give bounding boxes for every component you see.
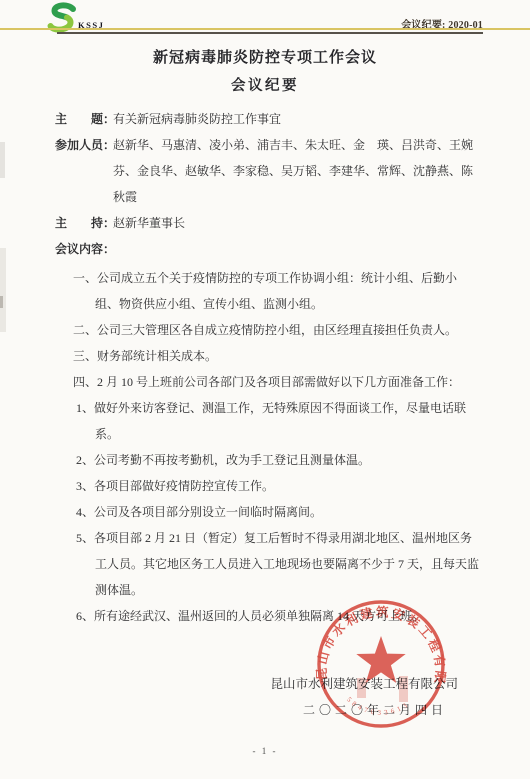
content-item: 三、财务部统计相关成本。: [55, 343, 480, 369]
page-number: - 1 -: [0, 746, 530, 756]
scanned-meeting-minutes-page: KSSJ 会议纪要: 2020-01 新冠病毒肺炎防控专项工作会议 会议纪要 主…: [0, 0, 530, 779]
meta-row-attendees: 参加人员： 赵新华、马惠清、凌小弟、浦吉丰、朱太旺、金 瑛、吕洪奇、王婉芬、金良…: [55, 132, 480, 210]
meta-value: 赵新华董事长: [113, 210, 480, 236]
document-subtitle: 会议纪要: [0, 76, 530, 96]
document-title: 新冠病毒肺炎防控专项工作会议: [0, 48, 530, 68]
seal-inner-mark: [357, 678, 366, 698]
content-item: 1、做好外来访客登记、测温工作，无特殊原因不得面谈工作，尽量电话联系。: [55, 395, 480, 447]
document-body: 新冠病毒肺炎防控专项工作会议 会议纪要 主 题： 有关新冠病毒肺炎防控工作事宜 …: [0, 44, 530, 629]
meta-label: 主 题：: [55, 106, 113, 132]
meta-label: 主 持：: [55, 210, 113, 236]
content-item: 一、公司成立五个关于疫情防控的专项工作协调小组：统计小组、后勤小组、物资供应小组…: [55, 265, 480, 317]
content-item: 二、公司三大管理区各自成立疫情防控小组，由区经理直接担任负责人。: [55, 317, 480, 343]
content-item: 3、各项目部做好疫情防控宣传工作。: [55, 473, 480, 499]
meta-value: 有关新冠病毒肺炎防控工作事宜: [113, 106, 480, 132]
meta-label: 参加人员：: [55, 132, 113, 210]
meta-row-topic: 主 题： 有关新冠病毒肺炎防控工作事宜: [55, 106, 480, 132]
meta-value: 赵新华、马惠清、凌小弟、浦吉丰、朱太旺、金 瑛、吕洪奇、王婉芬、金良华、赵敏华、…: [113, 132, 480, 210]
company-seal: 昆山市水利建筑安装工程有限公司 5847033613: [313, 596, 449, 734]
content-item: 2、公司考勤不再按考勤机，改为手工登记且测量体温。: [55, 447, 480, 473]
content-item: 四、2 月 10 号上班前公司各部门及各项目部需做好以下几方面准备工作：: [55, 369, 480, 395]
meeting-meta: 主 题： 有关新冠病毒肺炎防控工作事宜 参加人员： 赵新华、马惠清、凌小弟、浦吉…: [55, 106, 480, 236]
header-gold-rule: [0, 28, 530, 30]
content-item: 5、各项目部 2 月 21 日（暂定）复工后暂时不得录用湖北地区、温州地区务工人…: [55, 525, 480, 603]
content-item: 4、公司及各项目部分别设立一间临时隔离间。: [55, 499, 480, 525]
seal-star-icon: [356, 636, 405, 683]
content-section-label: 会议内容：: [55, 236, 530, 262]
seal-inner-mark: [399, 676, 408, 702]
content-items: 一、公司成立五个关于疫情防控的专项工作协调小组：统计小组、后勤小组、物资供应小组…: [55, 265, 480, 629]
meta-row-host: 主 持： 赵新华董事长: [55, 210, 480, 236]
header-dark-rule: [57, 32, 483, 34]
